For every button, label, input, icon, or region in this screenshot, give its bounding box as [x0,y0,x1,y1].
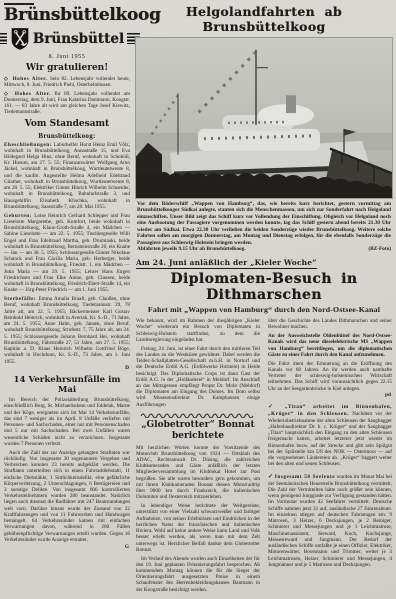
diplomaten-subhead: Fahrt mit „Wappen von Hamburg“ durch den… [136,305,392,314]
issue-date: 8. Juni 1955 [4,54,130,60]
brief-lead: Insgesamt 58 Seeleute [275,474,335,480]
standesamt-paragraph: Sterbefälle: Emma Amalia Braaft, geb. Cl… [4,296,130,365]
paragraph-text: Lotse Heinrich Gerhard Schlepper und Fra… [4,213,130,294]
diplomaten-kicker: Am 24. Juni anläßlich der „Kieler Woche“ [136,258,317,269]
brief-text: wurden im Monat Mai bei der Seemännische… [268,474,392,568]
brief-text: Nachdem vor der Wiederinbetriebnahme der… [268,411,392,467]
paragraph-lead: Eheschließungen: [4,142,52,148]
helgoland-headline: Helgolandfahrten ab Brunsbüttelkoog [136,4,392,34]
article-sign: pd [268,392,391,398]
gratulieren-item: ◇ Hohes Alter. Ihr 89. Lebensjahr vollen… [4,91,130,116]
paragraph-text: Emma Amalia Braaft, geb. Claußen, ohne B… [4,296,130,364]
masthead-subtitle: Brünsbüttel [33,31,124,47]
photo-credit: (BZ-Foto) [368,246,391,252]
brief-item-titan: ✓ „Titan“ arbeitet im Binnenhafen, „Krüg… [268,404,392,467]
article-gratulieren: Wir gratulieren! ◇ Hohes Alter. Sein 82.… [4,64,130,116]
globetrotter-paragraph: Mit herzlichen Worten konnte der Vorsitz… [136,445,260,501]
standesamt-heading: Vom Standesamt [4,120,130,130]
coat-of-arms-icon [10,27,30,51]
right-section: Helgolandfahrten ab Brunsbüttelkoog [136,3,392,597]
article-sign: G [4,544,129,550]
photo-caption: Vor dem Bäderschiff „Wappen von Hamburg“… [137,201,391,246]
standesamt-paragraph: Geburten: Lotse Heinrich Gerhard Schlepp… [4,213,130,294]
item-lead: ◇ Hohes Alter. [4,91,51,97]
diplomaten-paragraph: Die Fahrt dient der Erinnerung an die Er… [268,361,392,392]
paragraph-sign: D [4,365,129,371]
right-subcolumn: über die Geschichte des Landes Dithmarsc… [268,318,392,595]
ornament-separator-icon [139,411,257,418]
left-column: Brünsbüttelkoog Brünsbüttel 8. Juni 1955… [4,3,130,597]
pen-check-mark: ✓ [268,404,278,410]
masthead-title: Brünsbüttelkoog [4,7,130,25]
globetrotter-heading-line2: berichtete [172,431,224,441]
standesamt-subheading: Brunsbüttelkoog: [4,132,130,140]
paragraph-text: Laborhelfer Horst Heinz Emil Völz, wohnh… [4,142,130,210]
diplomaten-paragraph: Wie bekannt, wird im Rahmen der diesjähr… [136,318,260,343]
verkehr-heading: 14 Verkehrsunfälle im Mai [4,375,130,395]
globetrotter-paragraph: In lebendiger Weise berichtete der Weitg… [136,503,260,553]
verkehr-paragraph: Auch die Zahl der zur Anzeige gelangten … [4,450,130,544]
gratulieren-heading: Wir gratulieren! [4,64,130,74]
diplomaten-paragraph: über die Geschichte des Landes Dithmarsc… [268,318,392,330]
newspaper-page: Brünsbüttelkoog Brünsbüttel 8. Juni 1955… [0,0,396,599]
diplomaten-paragraph: Freitag, 24. Juni, ist einer Fahrt durch… [136,346,260,408]
diplomaten-headline: Diplomaten-Besuch in Dithmarschen [136,271,392,303]
gratulieren-item: ◇ Hohes Alter. Sein 82. Lebensjahr volle… [4,76,130,88]
brief-item-seeleute: ✓ Insgesamt 58 Seeleute wurden im Monat … [268,474,392,568]
middle-subcolumn: Wie bekannt, wird im Rahmen der diesjähr… [136,318,260,595]
standesamt-paragraph: Eheschließungen: Laborhelfer Horst Heinz… [4,142,130,211]
article-standesamt: Vom Standesamt Brunsbüttelkoog: Eheschli… [4,120,130,372]
globetrotter-heading-line1: „Globetrotter“ Bonnat [141,420,254,430]
article-verkehrsunfaelle: 14 Verkehrsunfälle im Mai Im Bereich der… [4,375,130,549]
photo-caption-last: Abfahrten jeweils 9.15 Uhr ab Brunsbütte… [137,246,246,252]
item-lead: ◇ Hohes Alter. [4,76,47,82]
globetrotter-heading: „Globetrotter“ Bonnatberichtete [136,420,260,442]
pen-check-mark: ✓ [268,474,273,480]
masthead: Brünsbüttelkoog Brünsbüttel 8. Juni 1955 [4,7,130,60]
diplomaten-paragraph-bold: An der Ausweichstelle Oldenbüttel des No… [268,333,392,358]
ornament-bar-left-icon [0,33,7,44]
paragraph-lead: Geburten: [4,213,32,219]
verkehr-paragraph: Im Bereich der Polizeiabteilung Brunsbüt… [4,397,130,447]
globetrotter-paragraph: Im Verlauf des Abends wurden auch Einzel… [136,556,260,593]
ship-photo [136,38,392,198]
